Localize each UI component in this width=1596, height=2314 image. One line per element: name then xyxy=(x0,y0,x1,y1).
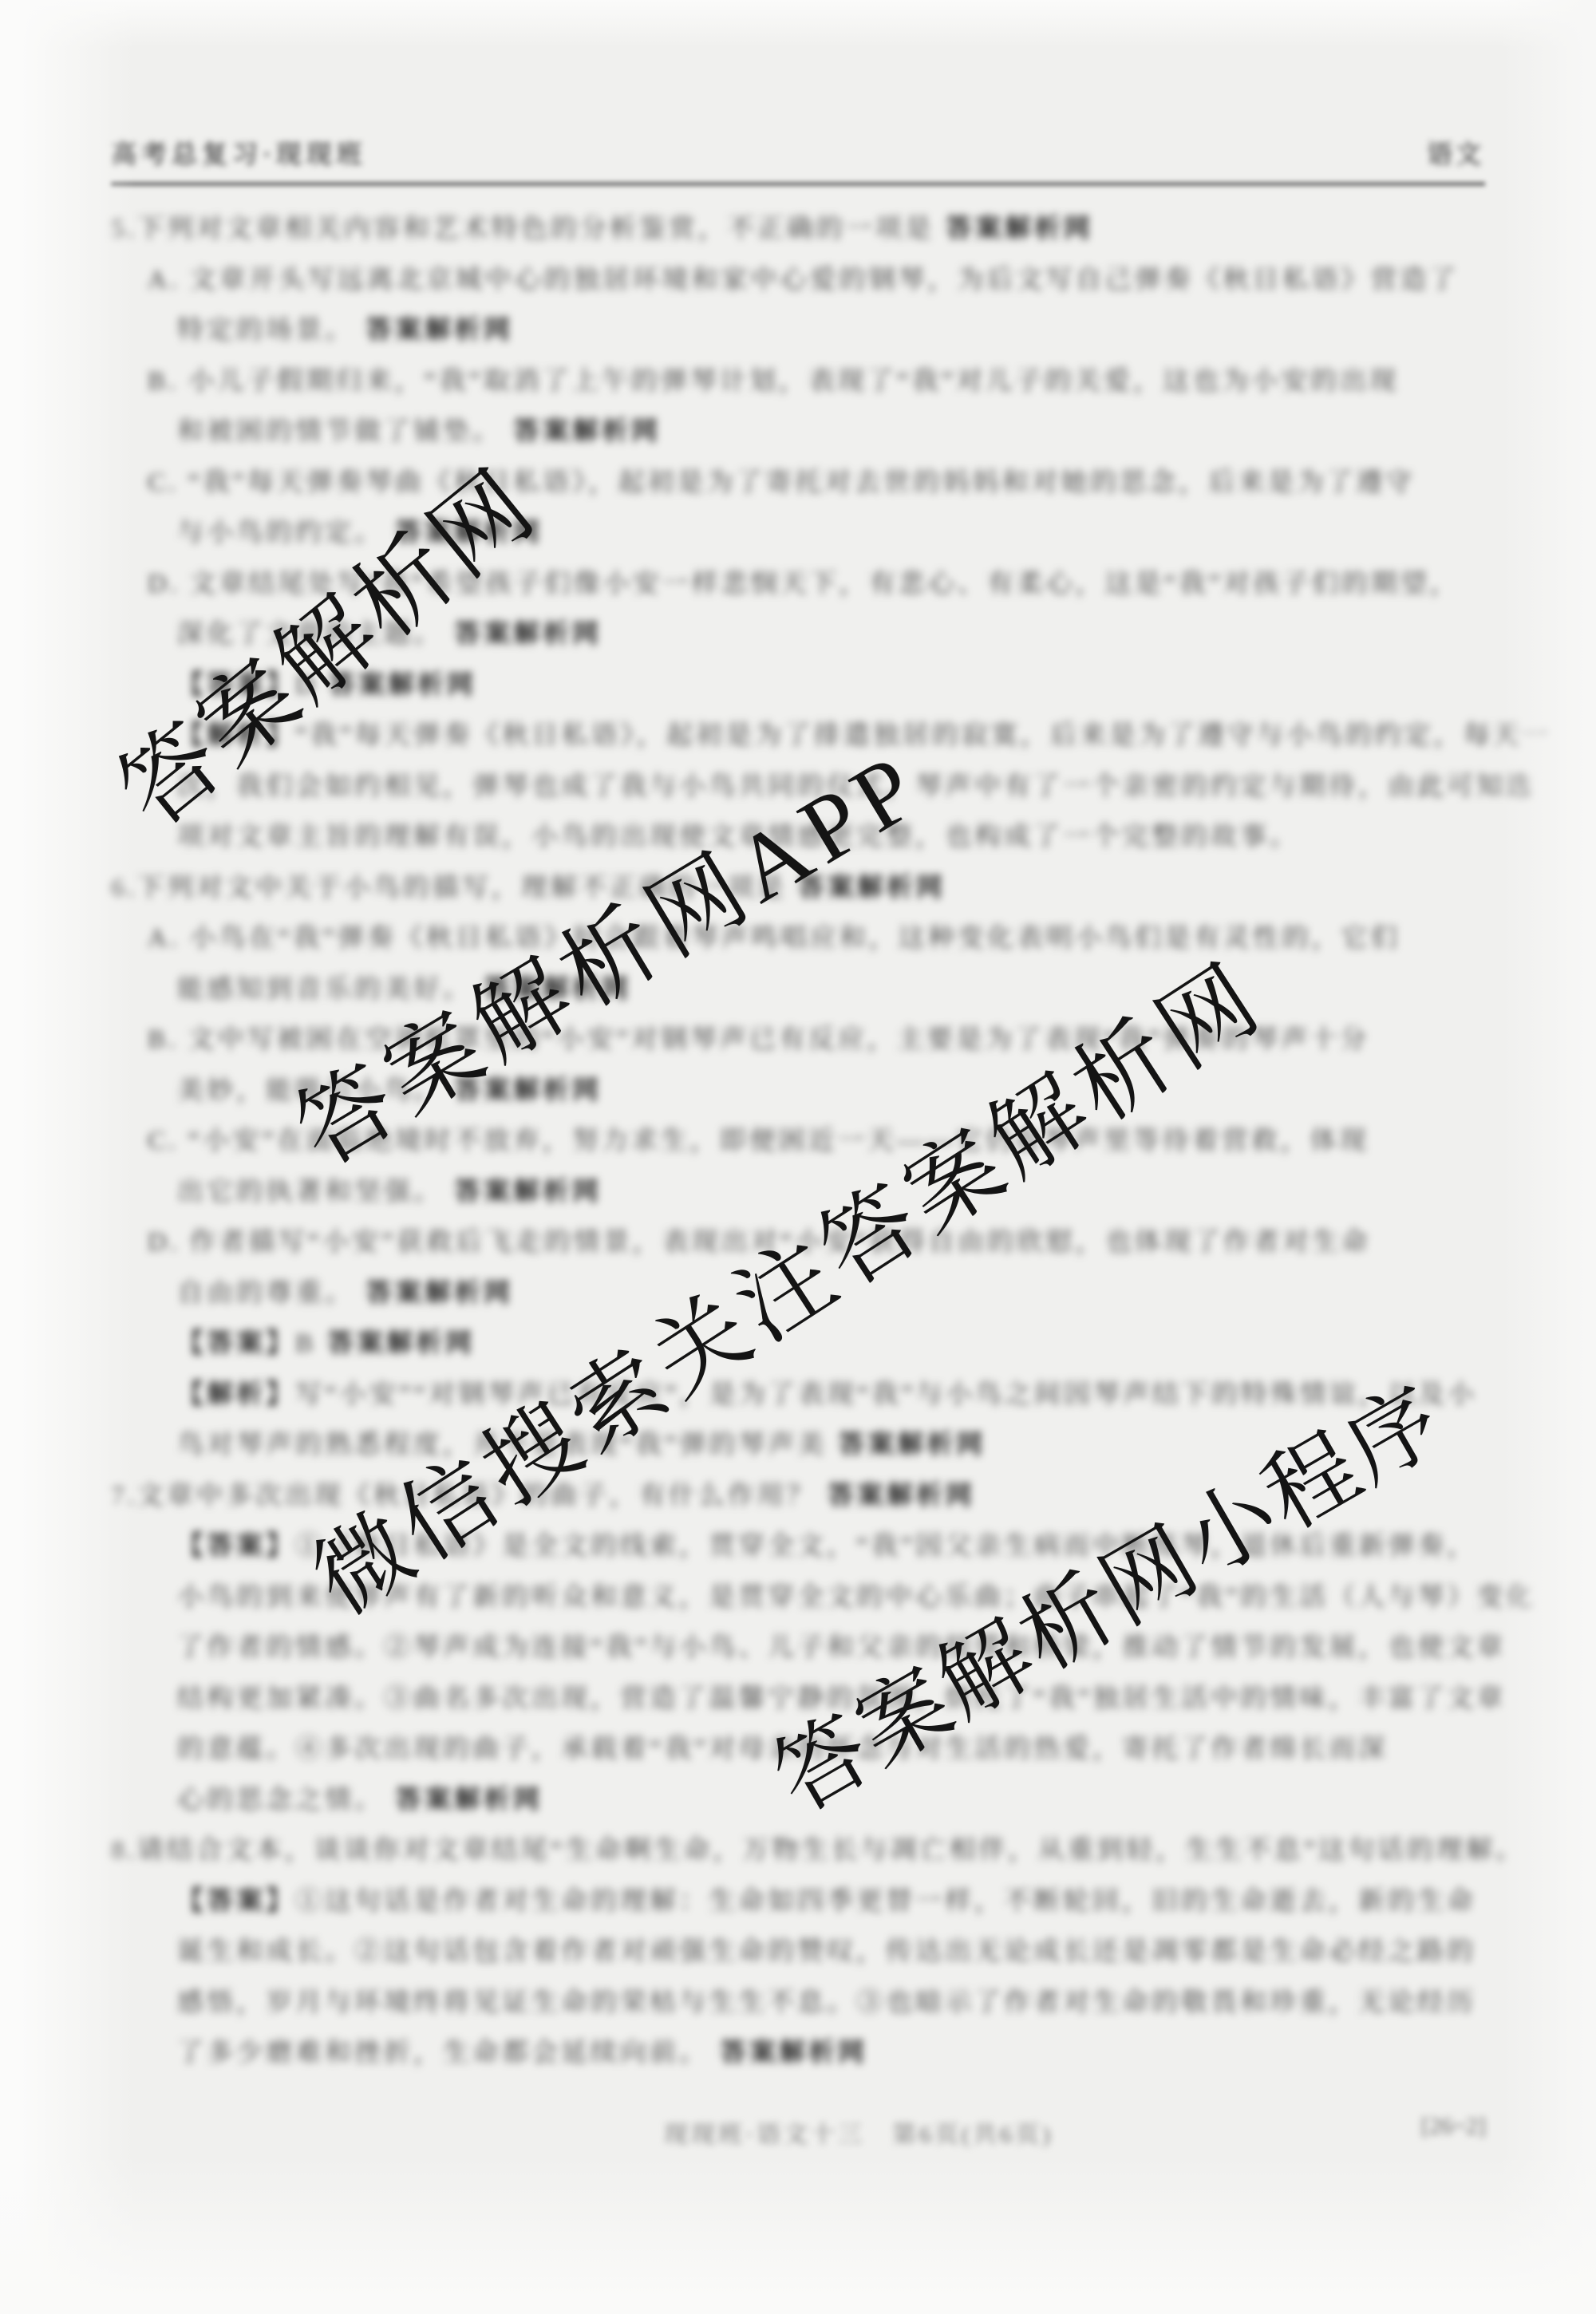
inline-site-name: 答案解析网 xyxy=(454,1178,602,1206)
text-line: 诞生和成长。②这句话包含着作者对顽强生命的赞叹，传达出无论成长还是凋零都是生命必… xyxy=(177,1937,1476,1968)
line-text: 特定的场景。 xyxy=(177,316,354,345)
scan-edge-left xyxy=(0,0,136,2314)
inline-site-name: 答案解析网 xyxy=(946,215,1093,243)
inline-site-name: 答案解析网 xyxy=(395,1786,543,1814)
scan-edge-bottom xyxy=(0,2154,1596,2314)
text-line: 【答案】B答案解析网 xyxy=(177,1329,475,1360)
line-text: 和被困的情节做了铺垫。 xyxy=(177,417,502,446)
line-text: B. 小儿子假期归来，“我”取消了上午的弹琴计划，表现了“我”对儿子的关爱，这也… xyxy=(148,367,1399,396)
text-line: 自由的尊重。答案解析网 xyxy=(177,1278,513,1310)
text-line: 心的思念之情。答案解析网 xyxy=(177,1785,543,1817)
line-text: 能感知到音乐的美好。 xyxy=(177,975,472,1004)
page-header-right: 语文 xyxy=(1427,134,1484,171)
line-text: 8.请结合文本，谈谈你对文章结尾“生命啊生命，万物生长与凋亡相伴，从重到轻，生生… xyxy=(111,1836,1525,1865)
text-line: A. 文章开头写远离北京城中心的独居环境和家中心爱的钢琴，为后文写自己弹奏《秋日… xyxy=(148,265,1459,297)
inline-site-name: 答案解析网 xyxy=(828,1482,975,1510)
line-text: 心的思念之情。 xyxy=(177,1786,384,1814)
page-footer-center: 现现班·语文十三 第6页(共6页) xyxy=(61,2115,1596,2150)
text-line: 了多少磨难和挫折，生命都会延续向前。答案解析网 xyxy=(177,2038,867,2070)
page-footer-code: [26~2] xyxy=(1421,2113,1486,2140)
text-line: 8.请结合文本，谈谈你对文章结尾“生命啊生命，万物生长与凋亡相伴，从重到轻，生生… xyxy=(111,1835,1525,1867)
inline-site-name: 答案解析网 xyxy=(838,1431,986,1459)
scan-edge-right xyxy=(1500,0,1596,2314)
text-line: 出它的执著和坚强。答案解析网 xyxy=(177,1177,602,1209)
text-line: 【答案】①这句话是作者对生命的理解：生命如四季更替一样，不断轮回，旧的生命逝去，… xyxy=(177,1886,1476,1918)
inline-site-name: 答案解析网 xyxy=(513,417,661,446)
line-text: 写“小安”“对钢琴声已有反应”，是为了表现“我”与小鸟之间因琴声结下的特殊情谊，… xyxy=(295,1380,1477,1409)
line-text: A. 文章开头写远离北京城中心的独居环境和家中心爱的钢琴，为后文写自己弹奏《秋日… xyxy=(148,266,1459,294)
line-text: “我”每天弹奏《秋日私语》，起初是为了排遣独居的寂寞，后来是为了遵守与小鸟的约定… xyxy=(295,721,1552,750)
line-text: ①这句话是作者对生命的理解：生命如四季更替一样，不断轮回，旧的生命逝去，新的生命 xyxy=(295,1887,1476,1916)
inline-site-name: 答案解析网 xyxy=(365,1279,513,1308)
text-line: B. 小儿子假期归来，“我”取消了上午的弹琴计划，表现了“我”对儿子的关爱，这也… xyxy=(148,366,1399,398)
text-line: 和被困的情节做了铺垫。答案解析网 xyxy=(177,417,661,448)
line-text: 与小鸟的约定。 xyxy=(177,519,384,547)
line-text: 自由的尊重。 xyxy=(177,1279,354,1308)
line-text: 感悟，岁月与环境终将见证生命的荣枯与生生不息。③也暗示了作者对生命的敬畏和珍重，… xyxy=(177,1988,1476,2017)
text-line: 了作者的情感。②琴声成为连接“我”与小鸟、儿子和父亲的纽带和桥梁，推动了情节的发… xyxy=(177,1633,1506,1664)
line-text: C. “我”每天弹奏琴曲《秋日私语》，起初是为了寄托对去世的妈妈和对她的思念，后… xyxy=(148,468,1415,497)
text-line: 5.下列对文章相关内容和艺术特色的分析鉴赏，不正确的一项是答案解析网 xyxy=(111,214,1093,246)
answer-label: 【答案】 xyxy=(177,1887,295,1916)
text-line: 【解析】写“小安”“对钢琴声已有反应”，是为了表现“我”与小鸟之间因琴声结下的特… xyxy=(177,1380,1477,1412)
answer-label: 【答案】 xyxy=(177,1329,295,1358)
inline-site-name: 答案解析网 xyxy=(327,1329,475,1358)
line-text: 诞生和成长。②这句话包含着作者对顽强生命的赞叹，传达出无论成长还是凋零都是生命必… xyxy=(177,1937,1476,1966)
text-line: 感悟，岁月与环境终将见证生命的荣枯与生生不息。③也暗示了作者对生命的敬畏和珍重，… xyxy=(177,1988,1476,2020)
line-text: 了作者的情感。②琴声成为连接“我”与小鸟、儿子和父亲的纽带和桥梁，推动了情节的发… xyxy=(177,1633,1506,1662)
scan-edge-top xyxy=(0,0,1596,48)
inline-site-name: 答案解析网 xyxy=(365,316,513,345)
page-header-left: 高考总复习·现现班 xyxy=(111,134,367,171)
inline-site-name: 答案解析网 xyxy=(454,620,602,649)
scanned-page: 高考总复习·现现班 语文 5.下列对文章相关内容和艺术特色的分析鉴赏，不正确的一… xyxy=(0,0,1596,2314)
line-text: 出它的执著和坚强。 xyxy=(177,1178,443,1206)
line-text: 5.下列对文章相关内容和艺术特色的分析鉴赏，不正确的一项是 xyxy=(111,215,934,243)
header-rule xyxy=(111,182,1485,186)
inline-site-name: 答案解析网 xyxy=(720,2039,867,2067)
text-line: 特定的场景。答案解析网 xyxy=(177,315,513,347)
answer-label: 【解析】 xyxy=(177,1380,295,1409)
line-text: 了多少磨难和挫折，生命都会延续向前。 xyxy=(177,2039,709,2067)
answer-label: 【答案】 xyxy=(177,1532,295,1561)
line-text: B xyxy=(295,1329,316,1358)
text-line: C. “我”每天弹奏琴曲《秋日私语》，起初是为了寄托对去世的妈妈和对她的思念，后… xyxy=(148,468,1415,500)
